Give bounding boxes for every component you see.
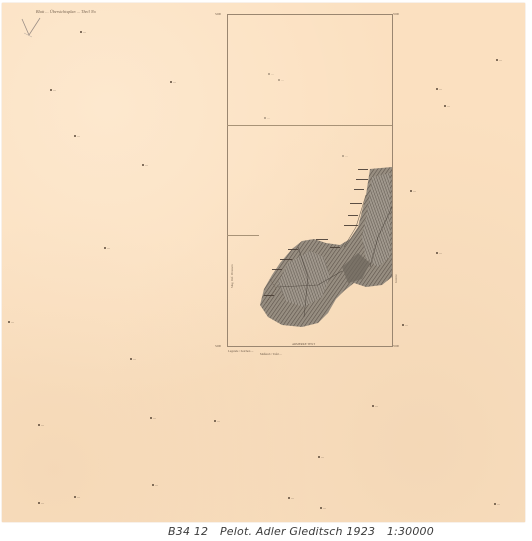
place-label: .... — [80, 30, 86, 34]
coord-bottom-left: 5200 — [215, 344, 221, 348]
place-label: .... — [150, 416, 156, 420]
frame-divider-upper — [227, 125, 392, 126]
sheet-id: B34 12 — [168, 525, 208, 538]
place-label: .... — [50, 88, 56, 92]
frame-left-side-label: Mag. Ref. Preussen — [230, 265, 234, 289]
frame-bottom-label: ARMERKE TEXT — [292, 342, 315, 346]
place-label: .... — [318, 455, 324, 459]
place-label: .... — [214, 419, 220, 423]
place-label-faint: .... — [342, 154, 348, 158]
place-label: .... — [436, 251, 442, 255]
place-label: .... — [38, 501, 44, 505]
place-label: .... — [38, 423, 44, 427]
sheet-title-note: Blatt ... Übersichtsplan ... Theil No — [36, 9, 96, 14]
handwritten-caption: B34 12 Pelot. Adler Gleditsch 1923 1:300… — [168, 525, 442, 538]
place-label: .... — [152, 483, 158, 487]
place-label: .... — [74, 134, 80, 138]
place-label: .... — [436, 87, 442, 91]
coord-top-right: 5500 — [393, 12, 399, 16]
place-label: .... — [142, 163, 148, 167]
coord-top-left: 5200 — [215, 12, 221, 16]
place-label-faint: .... — [278, 78, 284, 82]
map-sheet: Blatt ... Übersichtsplan ... Theil No 52… — [2, 3, 525, 522]
frame-footer-scale: Maßstab / Tafel ... — [260, 352, 282, 356]
place-label: .... — [402, 323, 408, 327]
place-label: .... — [320, 506, 326, 510]
place-label: .... — [130, 357, 136, 361]
terrain-relief — [258, 167, 396, 329]
place-label: .... — [170, 80, 176, 84]
coord-bottom-right: 5500 — [393, 344, 399, 348]
place-label: .... — [410, 189, 416, 193]
place-label-faint: .... — [264, 116, 270, 120]
frame-footer-legend: Legende / Zeichen ... — [228, 349, 253, 353]
author-note: Pelot. Adler Gleditsch 1923 — [220, 525, 375, 538]
place-label: .... — [288, 496, 294, 500]
place-label-faint: .... — [268, 72, 274, 76]
place-label: .... — [444, 104, 450, 108]
frame-divider-lower — [227, 235, 259, 236]
place-label: .... — [104, 246, 110, 250]
pencil-check-mark — [20, 17, 44, 39]
place-label: .... — [74, 495, 80, 499]
scale-note: 1:30000 — [387, 525, 434, 538]
place-label: .... — [372, 404, 378, 408]
place-label: .... — [496, 58, 502, 62]
place-label: .... — [8, 320, 14, 324]
place-label: .... — [494, 502, 500, 506]
